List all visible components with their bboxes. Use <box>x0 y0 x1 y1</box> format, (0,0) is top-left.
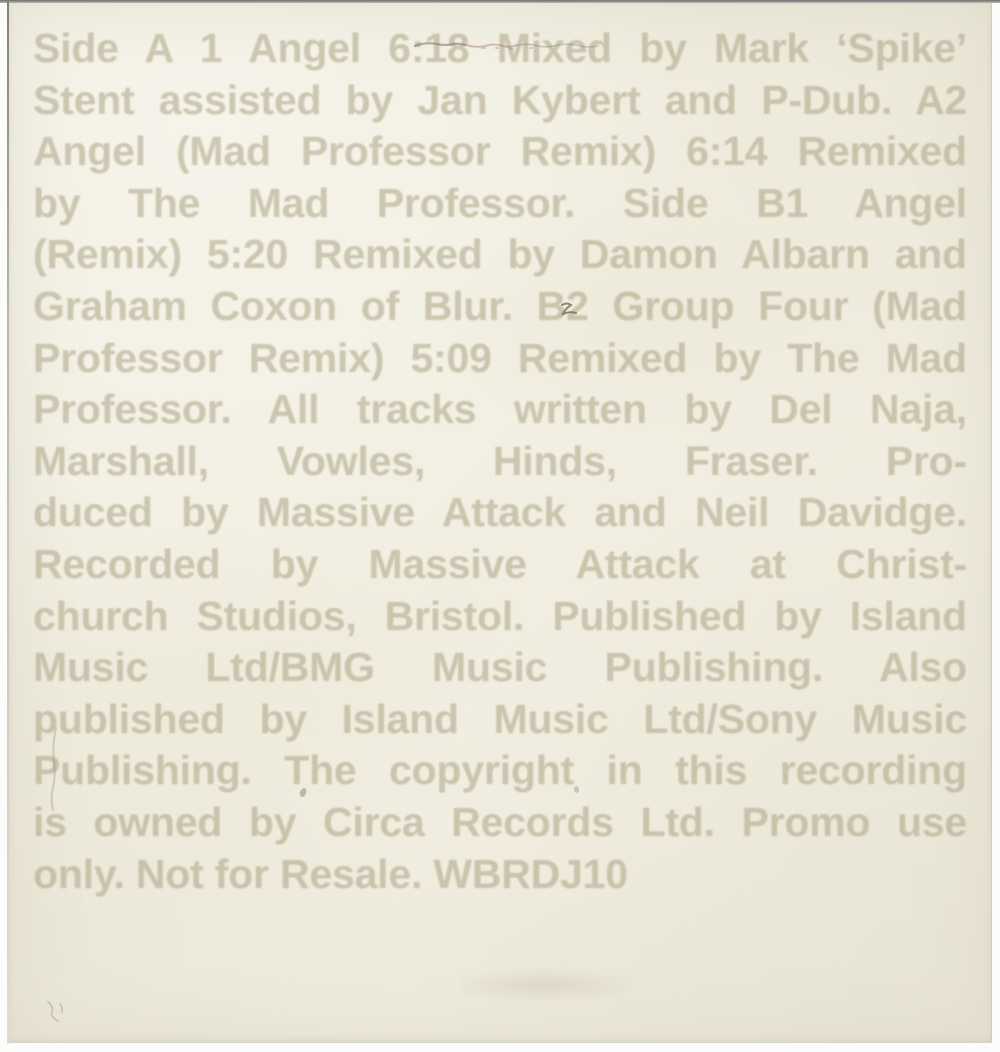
scuff-mark <box>42 998 72 1024</box>
credits-line: Graham Coxon of Blur. B2 Group Four (Mad <box>33 281 967 333</box>
scratch-mark <box>48 726 62 812</box>
credits-line-catalog: only. Not for Resale. WBRDJ10 <box>33 849 967 901</box>
sleeve-credits-text: Side A 1 Angel 6:18 Mixed by Mark ‘Spike… <box>33 23 967 900</box>
credits-line: church Studios, Bristol. Published by Is… <box>33 591 967 643</box>
credits-line: Stent assisted by Jan Kybert and P-Dub. … <box>33 75 967 127</box>
credits-line: published by Island Music Ltd/Sony Music <box>33 694 967 746</box>
credits-line: Music Ltd/BMG Music Publishing. Also <box>33 642 967 694</box>
ink-tick-mark <box>558 299 580 319</box>
credits-line: by The Mad Professor. Side B1 Angel <box>33 178 967 230</box>
credits-line: Professor. All tracks written by Del Naj… <box>33 384 967 436</box>
smudge-mark <box>462 968 642 1002</box>
credits-line: Recorded by Massive Attack at Christ- <box>33 539 967 591</box>
credits-line: is owned by Circa Records Ltd. Promo use <box>33 797 967 849</box>
credits-line: (Remix) 5:20 Remixed by Damon Albarn and <box>33 229 967 281</box>
scanned-sleeve-photo: Side A 1 Angel 6:18 Mixed by Mark ‘Spike… <box>0 0 1000 1052</box>
pencil-scribble-mark <box>412 36 607 54</box>
credits-line: duced by Massive Attack and Neil Davidge… <box>33 487 967 539</box>
credits-line: Publishing. The copyright in this record… <box>33 745 967 797</box>
credits-line: Marshall, Vowles, Hinds, Fraser. Pro- <box>33 436 967 488</box>
credits-line: Angel (Mad Professor Remix) 6:14 Remixed <box>33 126 967 178</box>
credits-line: Professor Remix) 5:09 Remixed by The Mad <box>33 333 967 385</box>
record-sleeve-back: Side A 1 Angel 6:18 Mixed by Mark ‘Spike… <box>9 3 992 1043</box>
